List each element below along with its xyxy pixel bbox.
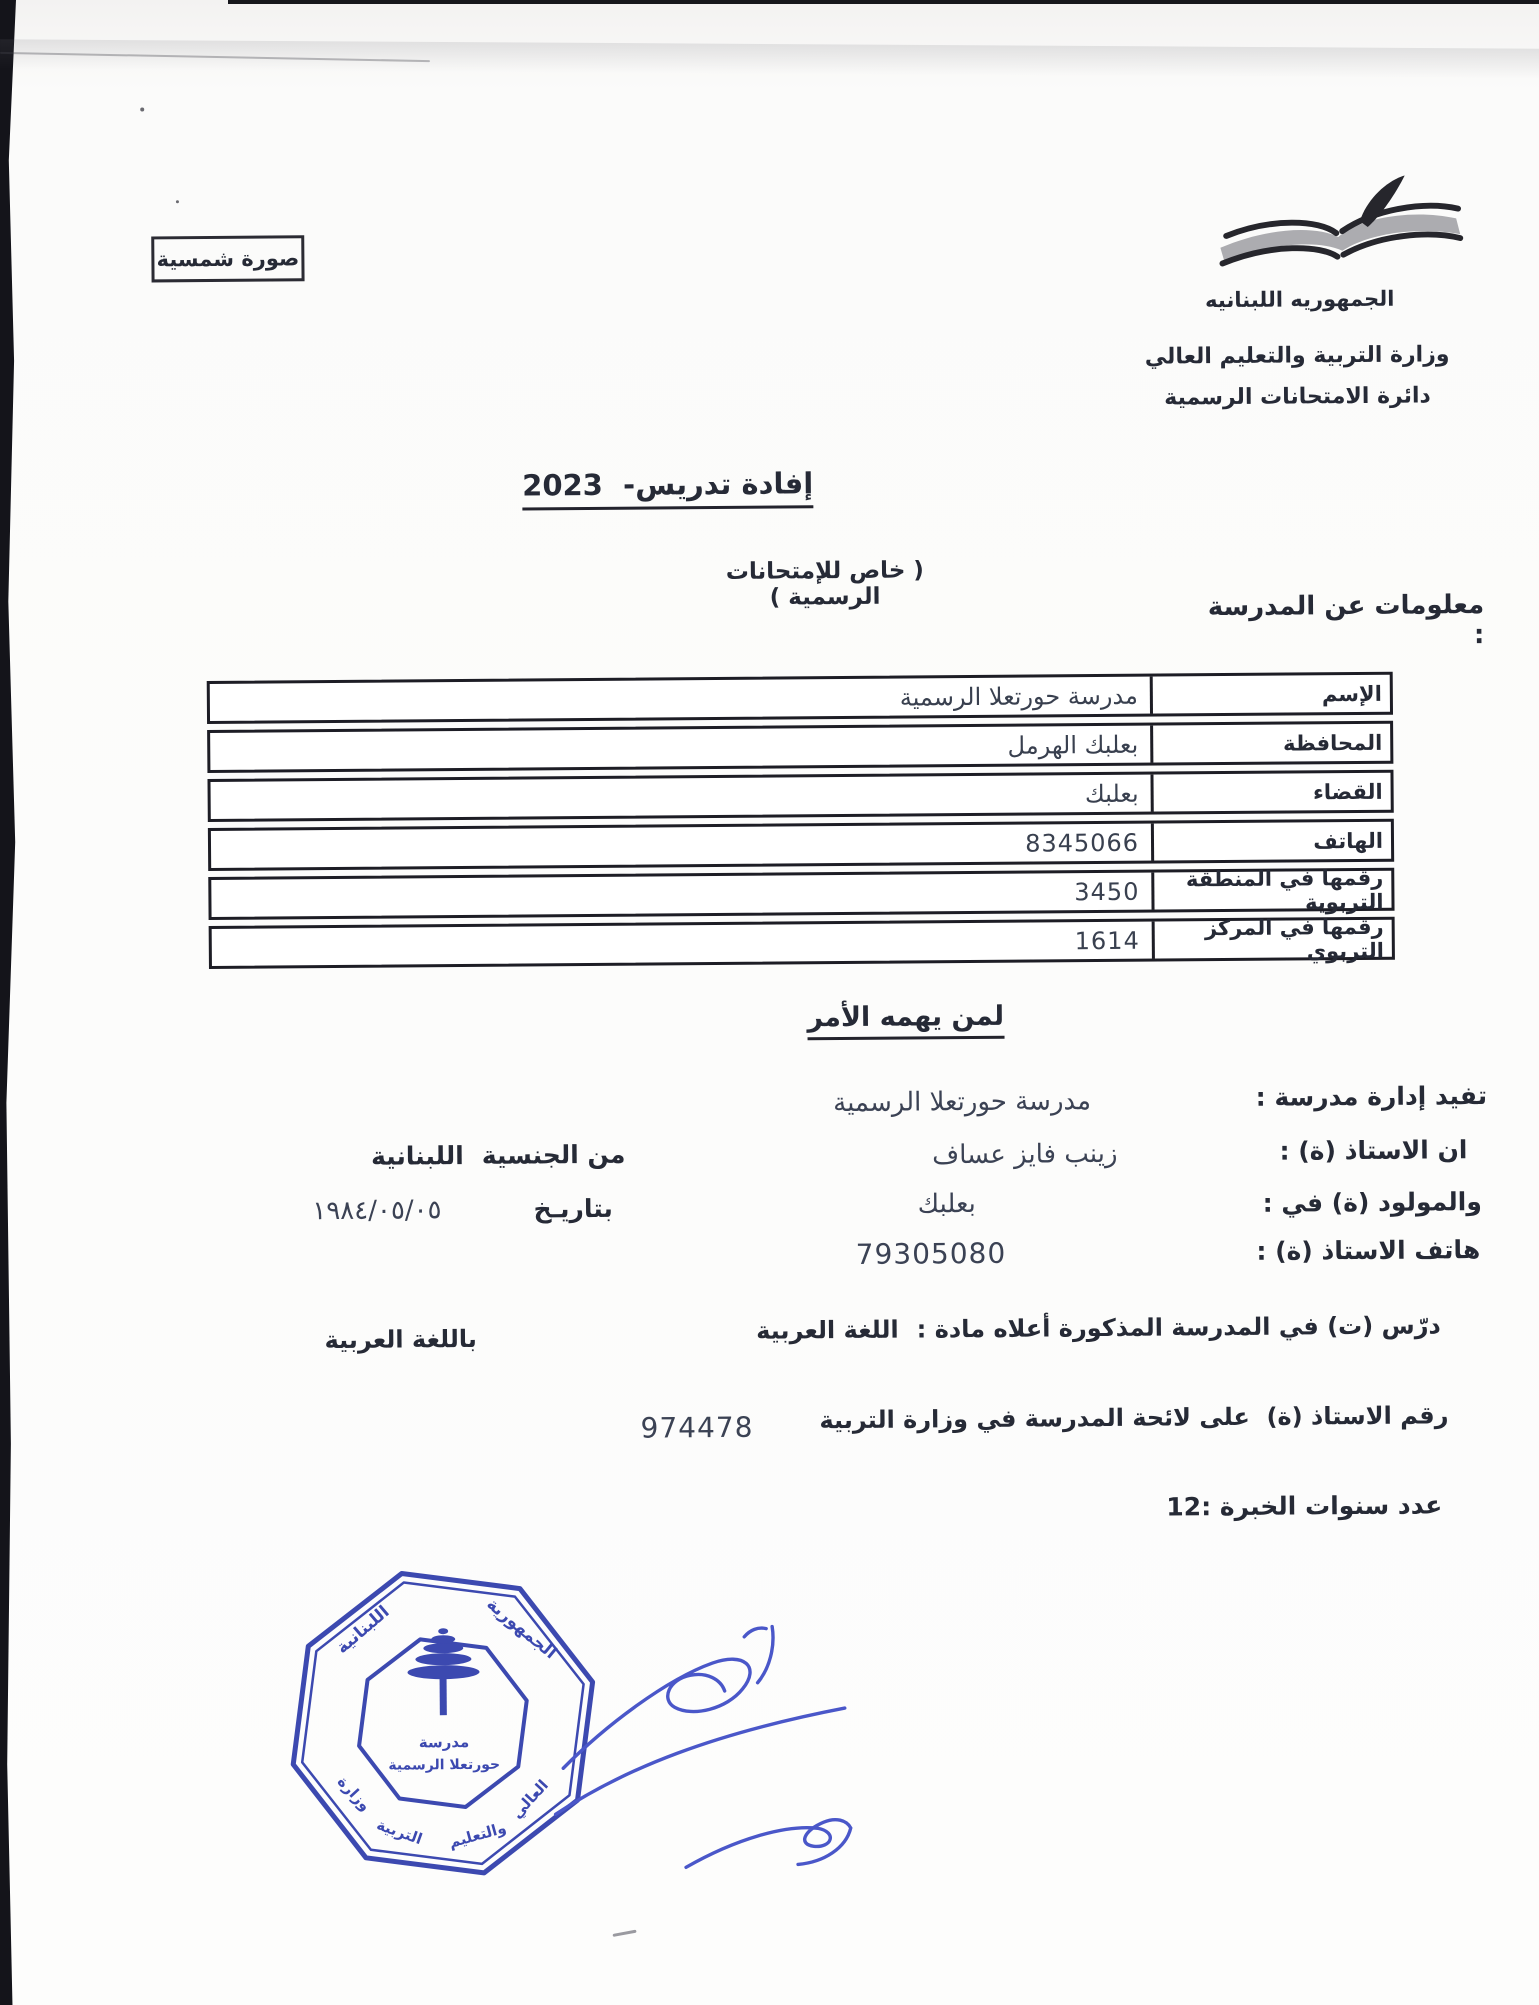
nationality-line: من الجنسية اللبنانية bbox=[371, 1140, 626, 1171]
signature-loop bbox=[562, 1659, 750, 1768]
birthdate-label: بتاريـخ bbox=[533, 1194, 613, 1224]
taught-subject: اللغة العربية bbox=[756, 1316, 899, 1345]
table-row: القضاء بعلبك bbox=[207, 770, 1393, 822]
ministry-logo-book-icon bbox=[1211, 173, 1470, 293]
stamp-outer-octagon-2 bbox=[301, 1581, 585, 1865]
pencil-mark bbox=[612, 1930, 636, 1937]
experience-line: عدد سنوات الخبرة :12 bbox=[1166, 1490, 1442, 1521]
table-row: المحافظة بعلبك الهرمل bbox=[207, 721, 1393, 773]
school-admin-value: مدرسة حورتعلا الرسمية bbox=[833, 1086, 1091, 1118]
handwritten-signature bbox=[544, 1616, 866, 1899]
birthdate-value: ١٩٨٤/٠٥/٠٥ bbox=[312, 1195, 441, 1226]
table-row: الإسم مدرسة حورتعلا الرسمية bbox=[207, 672, 1393, 724]
taught-label: درّس (ت) في المدرسة المذكورة أعلاه مادة … bbox=[917, 1311, 1441, 1343]
stamp-arc-ministry-1: وزارة bbox=[334, 1772, 375, 1814]
dust-speck bbox=[176, 200, 179, 203]
row-value: مدرسة حورتعلا الرسمية bbox=[210, 681, 1150, 716]
list-number-value: 974478 bbox=[640, 1411, 753, 1445]
row-label: الإسم bbox=[1150, 675, 1390, 714]
row-label: رقمها في المنطقة التربوية bbox=[1151, 871, 1391, 910]
row-label: الهاتف bbox=[1151, 822, 1391, 861]
stamp-arc-ministry-2: التربية bbox=[374, 1815, 424, 1848]
ministry-line1: وزارة التربية والتعليم العالي bbox=[1136, 334, 1458, 378]
birthplace-value: بعلبك bbox=[918, 1189, 976, 1219]
row-value: بعلبك bbox=[211, 779, 1151, 814]
stamp-school-name: حورتعلا الرسمية bbox=[388, 1757, 500, 1774]
dust-speck bbox=[140, 107, 144, 111]
teacher-name-value: زينب فايز عساف bbox=[932, 1139, 1117, 1170]
republic-name: الجمهوريه اللبنانيه bbox=[1172, 286, 1428, 312]
concern-heading: لمن يهمه الأمر bbox=[807, 1001, 1004, 1041]
table-row: رقمها في المنطقة التربوية 3450 bbox=[208, 868, 1394, 920]
signature-hamza bbox=[744, 1628, 766, 1637]
school-section-heading: معلومات عن المدرسة : bbox=[1194, 590, 1484, 652]
row-value: بعلبك الهرمل bbox=[210, 730, 1150, 765]
table-row: الهاتف 8345066 bbox=[208, 819, 1394, 871]
row-value: 8345066 bbox=[211, 828, 1151, 863]
taught-language: باللغة العربية bbox=[324, 1325, 477, 1354]
signature-sweep bbox=[555, 1708, 846, 1814]
table-row: رقمها في المركز التربوي 1614 bbox=[209, 917, 1395, 969]
signature-flourish bbox=[686, 1820, 851, 1868]
photo-box-label: صورة شمسية bbox=[156, 246, 299, 271]
school-admin-label: تفيد إدارة مدرسة : bbox=[1256, 1081, 1488, 1112]
stamp-arc-ministry-3: والتعليم bbox=[447, 1819, 508, 1852]
document-subtitle: ( خاص للإمتحانات الرسمية ) bbox=[691, 557, 959, 611]
birthdate-line: بتاريـخ ١٩٨٤/٠٥/٠٥ bbox=[312, 1194, 613, 1226]
row-value: 1614 bbox=[212, 926, 1152, 961]
row-label: رقمها في المركز التربوي bbox=[1152, 920, 1392, 959]
document-title: إفادة تدريس- 2023 bbox=[522, 466, 813, 510]
teacher-phone-label: هاتف الاستاذ (ة) : bbox=[1256, 1235, 1480, 1266]
row-label: المحافظة bbox=[1150, 724, 1390, 763]
nationality-value: اللبنانية bbox=[371, 1141, 464, 1171]
list-number-label: رقم الاستاذ (ة) على لائحة المدرسة في وزا… bbox=[819, 1401, 1448, 1434]
photo-placeholder-box: صورة شمسية bbox=[151, 235, 304, 282]
ministry-line2: دائرة الامتحانات الرسمية bbox=[1136, 375, 1458, 419]
row-label: القضاء bbox=[1150, 773, 1390, 812]
taught-line: درّس (ت) في المدرسة المذكورة أعلاه مادة … bbox=[756, 1311, 1441, 1344]
nationality-label: من الجنسية bbox=[482, 1140, 626, 1170]
scanned-document: صورة شمسية الجمهوريه اللبنانيه وزارة الت… bbox=[0, 0, 1539, 2005]
stamp-school-word: مدرسة bbox=[419, 1733, 470, 1751]
teacher-phone-value: 79305080 bbox=[856, 1237, 1007, 1271]
teacher-name-label: ان الاستاذ (ة) : bbox=[1279, 1135, 1467, 1165]
ministry-header: وزارة التربية والتعليم العالي دائرة الام… bbox=[1136, 334, 1459, 419]
row-value: 3450 bbox=[211, 877, 1151, 912]
school-info-table: الإسم مدرسة حورتعلا الرسمية المحافظة بعل… bbox=[207, 672, 1395, 975]
birthplace-label: والمولود (ة) في : bbox=[1263, 1187, 1482, 1218]
signature-ascender bbox=[757, 1627, 773, 1683]
